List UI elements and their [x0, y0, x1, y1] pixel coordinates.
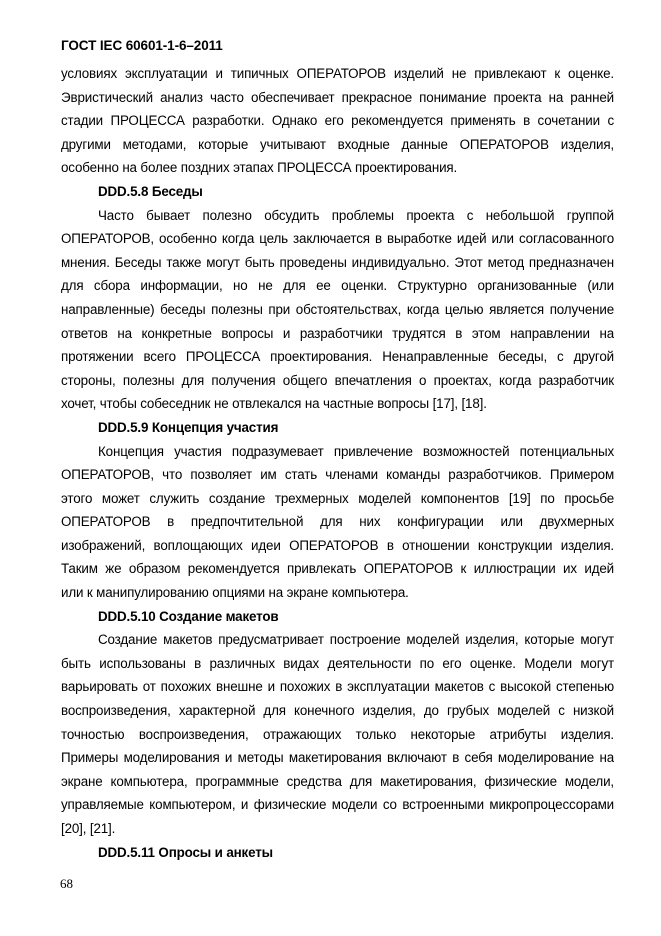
- text-line: точностью воспроизведения, отражающих то…: [61, 723, 614, 747]
- document-page: ГОСТ IEC 60601-1-6–2011 условиях эксплуа…: [0, 0, 661, 936]
- text-line: ОПЕРАТОРОВ в предпочтительной для них ко…: [61, 510, 614, 534]
- text-line: направленные) беседы полезны при обстоят…: [61, 298, 614, 322]
- paragraph-heuristic-analysis: условиях эксплуатации и типичных ОПЕРАТО…: [61, 62, 614, 180]
- page-number: 68: [60, 876, 73, 892]
- text-line: стороны, полезны для получения общего вп…: [61, 369, 614, 393]
- text-line: протяжении всего ПРОЦЕССА проектирования…: [61, 345, 614, 369]
- text-line: Концепция участия подразумевает привлече…: [61, 440, 614, 464]
- section-heading-ddd-5-9: DDD.5.9 Концепция участия: [61, 416, 614, 440]
- section-heading-ddd-5-10: DDD.5.10 Создание макетов: [61, 605, 614, 629]
- text-line: условиях эксплуатации и типичных ОПЕРАТО…: [61, 62, 614, 86]
- text-line: [20], [21].: [61, 817, 614, 841]
- text-line: другими методами, которые учитывают вход…: [61, 133, 614, 157]
- text-line: стадии ПРОЦЕССА разработки. Однако его р…: [61, 109, 614, 133]
- text-line: Эвристический анализ часто обеспечивает …: [61, 86, 614, 110]
- text-line: быть использованы в различных видах деят…: [61, 652, 614, 676]
- text-line: Часто бывает полезно обсудить проблемы п…: [61, 204, 614, 228]
- text-line: для сбора информации, но не для ее оценк…: [61, 274, 614, 298]
- text-line: управляемые компьютером, и физические мо…: [61, 793, 614, 817]
- text-line: экране компьютера, программные средства …: [61, 770, 614, 794]
- text-line: этого может служить создание трехмерных …: [61, 487, 614, 511]
- text-line: изображений, воплощающих идеи ОПЕРАТОРОВ…: [61, 534, 614, 558]
- text-line: ОПЕРАТОРОВ, что позволяет им стать члена…: [61, 463, 614, 487]
- text-line: ответов на конкретные вопросы и разработ…: [61, 322, 614, 346]
- text-line: хочет, чтобы собеседник не отвлекался на…: [61, 392, 614, 416]
- document-body: условиях эксплуатации и типичных ОПЕРАТО…: [61, 62, 614, 864]
- text-line: ОПЕРАТОРОВ, особенно когда цель заключае…: [61, 227, 614, 251]
- text-line: воспроизведения, характерной для конечно…: [61, 699, 614, 723]
- text-line: Примеры моделирования и методы макетиров…: [61, 746, 614, 770]
- text-line: мнения. Беседы также могут быть проведен…: [61, 251, 614, 275]
- section-heading-ddd-5-8: DDD.5.8 Беседы: [61, 180, 614, 204]
- text-line: варьировать от похожих внешне и похожих …: [61, 675, 614, 699]
- section-heading-ddd-5-11: DDD.5.11 Опросы и анкеты: [61, 841, 614, 865]
- paragraph-interviews: Часто бывает полезно обсудить проблемы п…: [61, 204, 614, 416]
- text-line: особенно на более поздних этапах ПРОЦЕСС…: [61, 156, 614, 180]
- text-line: Создание макетов предусматривает построе…: [61, 628, 614, 652]
- text-line: или к манипулированию опциями на экране …: [61, 581, 614, 605]
- paragraph-prototyping: Создание макетов предусматривает построе…: [61, 628, 614, 840]
- document-header: ГОСТ IEC 60601-1-6–2011: [61, 38, 223, 53]
- paragraph-participatory-design: Концепция участия подразумевает привлече…: [61, 440, 614, 605]
- text-line: Таким же образом рекомендуется привлекат…: [61, 557, 614, 581]
